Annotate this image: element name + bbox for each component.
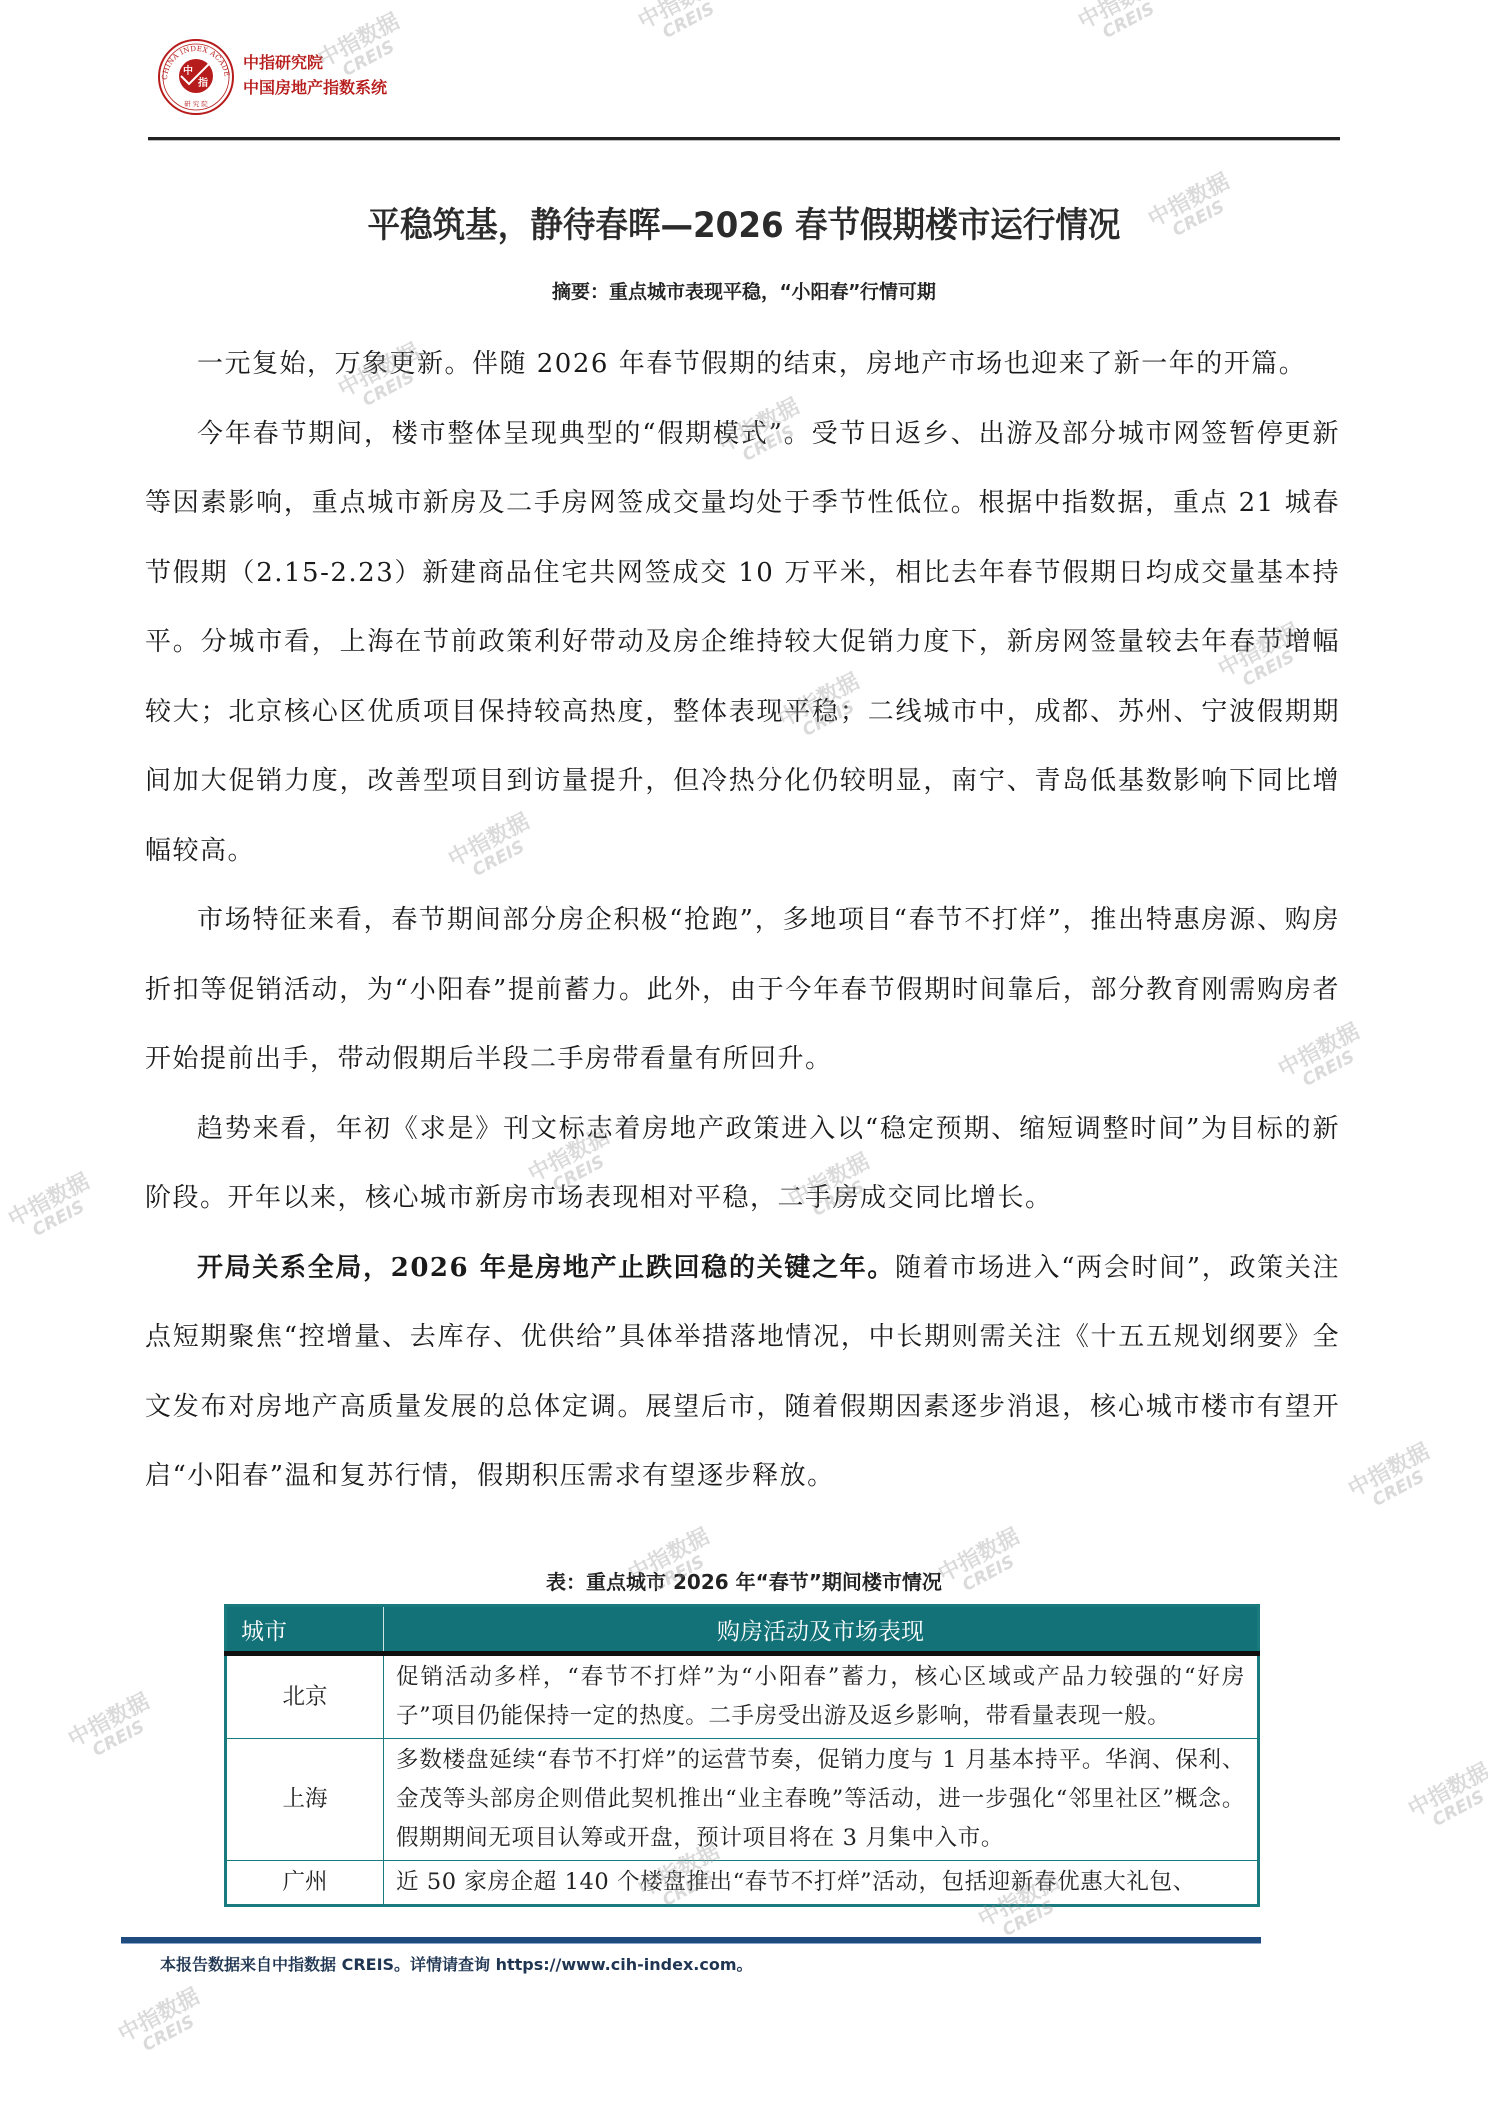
article-body: 一元复始，万象更新。伴随 2026 年春节假期的结束，房地产市场也迎来了新一年的… <box>145 330 1340 1512</box>
report-page: CHINA INDEX ACADEMY 中 指 研 究 院 中指研究院 中国房地… <box>0 0 1488 2104</box>
column-header-activity: 购房活动及市场表现 <box>384 1606 1259 1654</box>
outlook-bold-lead: 开局关系全局，2026 年是房地产止跌回稳的关键之年。 <box>197 1253 895 1283</box>
watermark: 中指数据CREIS <box>66 1692 162 1769</box>
column-header-city: 城市 <box>226 1606 384 1654</box>
svg-text:中: 中 <box>183 64 193 77</box>
table-header-row: 城市 购房活动及市场表现 <box>226 1606 1259 1654</box>
table-row: 广州 近 50 家房企超 140 个楼盘推出“春节不打烊”活动，包括迎新春优惠大… <box>226 1861 1259 1906</box>
brand-system: 中国房地产指数系统 <box>243 75 387 100</box>
paragraph-trend: 趋势来看，年初《求是》刊文标志着房地产政策进入以“稳定预期、缩短调整时间”为目标… <box>145 1095 1340 1234</box>
brand-name: 中指研究院 <box>243 50 387 75</box>
china-index-academy-logo: CHINA INDEX ACADEMY 中 指 研 究 院 <box>157 38 235 116</box>
table-caption: 表：重点城市 2026 年“春节”期间楼市情况 <box>0 1566 1488 1595</box>
logo-seal-icon: CHINA INDEX ACADEMY 中 指 研 究 院 <box>157 38 235 116</box>
outlook-text: 随着市场进入“两会时间”，政策关注点短期聚焦“控增量、去库存、优供给”具体举措落… <box>145 1253 1340 1492</box>
watermark: 中指数据CREIS <box>636 0 732 50</box>
svg-text:指: 指 <box>198 76 208 89</box>
city-cell: 上海 <box>226 1739 384 1861</box>
paragraph-market-overview: 今年春节期间，楼市整体呈现典型的“假期模式”。受节日返乡、出游及部分城市网签暂停… <box>145 400 1340 887</box>
city-market-table: 城市 购房活动及市场表现 北京 促销活动多样，“春节不打烊”为“小阳春”蓄力，核… <box>224 1604 1260 1907</box>
paragraph-outlook: 开局关系全局，2026 年是房地产止跌回稳的关键之年。随着市场进入“两会时间”，… <box>145 1234 1340 1512</box>
watermark: 中指数据CREIS <box>1406 1762 1488 1839</box>
footer-source-note: 本报告数据来自中指数据 CREIS。详情请查询 https://www.cih-… <box>160 1952 753 1975</box>
watermark: 中指数据CREIS <box>116 1987 212 2064</box>
table-row: 北京 促销活动多样，“春节不打烊”为“小阳春”蓄力，核心区域或产品力较强的“好房… <box>226 1654 1259 1739</box>
watermark: 中指数据CREIS <box>6 1172 102 1249</box>
svg-text:研 究 院: 研 究 院 <box>184 99 208 108</box>
description-cell: 多数楼盘延续“春节不打烊”的运营节奏，促销力度与 1 月基本持平。华润、保利、金… <box>384 1739 1259 1861</box>
description-cell: 促销活动多样，“春节不打烊”为“小阳春”蓄力，核心区域或产品力较强的“好房子”项… <box>384 1654 1259 1739</box>
watermark: 中指数据CREIS <box>1076 0 1172 50</box>
description-cell: 近 50 家房企超 140 个楼盘推出“春节不打烊”活动，包括迎新春优惠大礼包、 <box>384 1861 1259 1906</box>
city-cell: 广州 <box>226 1861 384 1906</box>
brand-block: 中指研究院 中国房地产指数系统 <box>243 50 387 100</box>
paragraph-market-features: 市场特征来看，春节期间部分房企积极“抢跑”，多地项目“春节不打烊”，推出特惠房源… <box>145 886 1340 1095</box>
table-row: 上海 多数楼盘延续“春节不打烊”的运营节奏，促销力度与 1 月基本持平。华润、保… <box>226 1739 1259 1861</box>
header-divider <box>148 137 1340 141</box>
abstract-subtitle: 摘要：重点城市表现平稳，“小阳春”行情可期 <box>0 277 1488 304</box>
paragraph-intro: 一元复始，万象更新。伴随 2026 年春节假期的结束，房地产市场也迎来了新一年的… <box>145 330 1340 400</box>
page-title: 平稳筑基，静待春晖—2026 春节假期楼市运行情况 <box>52 198 1436 248</box>
watermark: 中指数据CREIS <box>1346 1442 1442 1519</box>
city-cell: 北京 <box>226 1654 384 1739</box>
footer-divider <box>121 1937 1261 1944</box>
